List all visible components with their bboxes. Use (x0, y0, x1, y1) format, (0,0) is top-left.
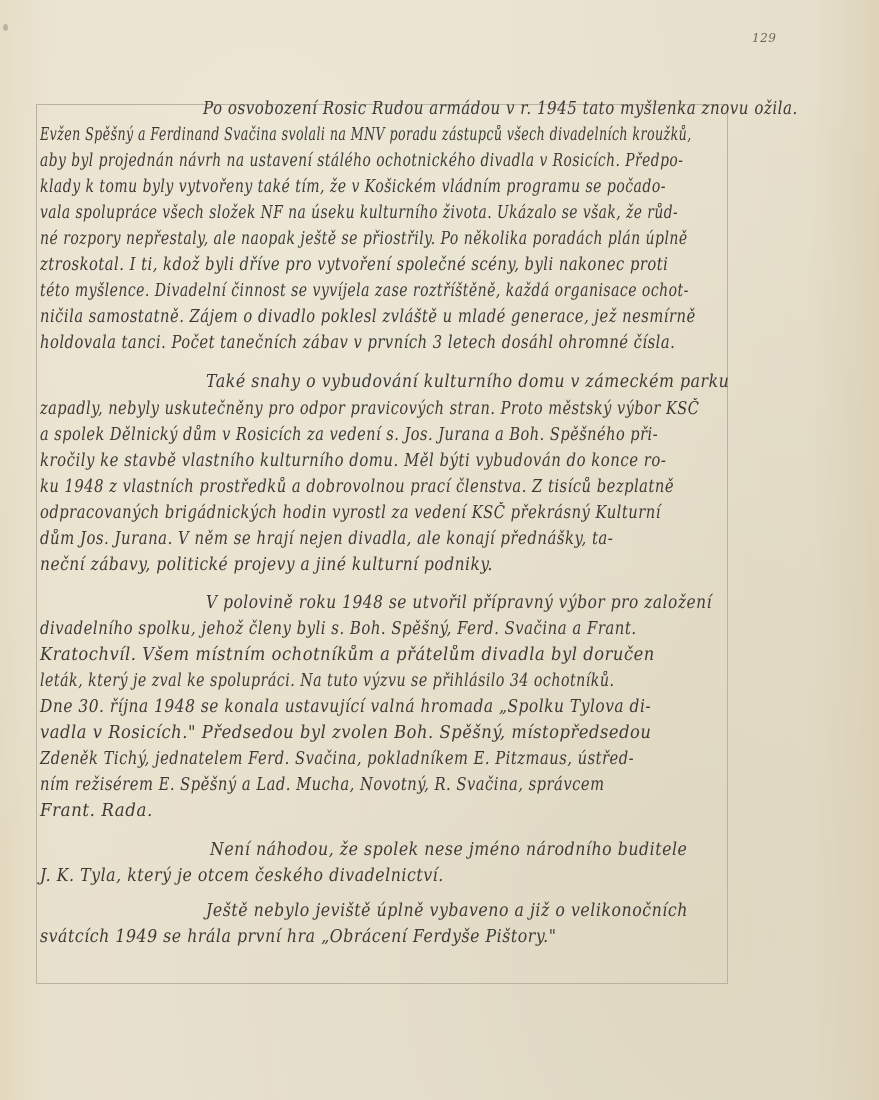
text-line: ním režisérem E. Spěšný a Lad. Mucha, No… (40, 774, 605, 796)
text-line: Frant. Rada. (40, 800, 153, 822)
text-line: Kratochvíl. Všem místním ochotníkům a př… (40, 644, 655, 666)
text-line: klady k tomu byly vytvořeny také tím, že… (40, 176, 666, 198)
text-line: Není náhodou, že spolek nese jméno národ… (210, 839, 687, 861)
text-line: vala spolupráce všech složek NF na úseku… (40, 202, 678, 224)
text-line: holdovala tanci. Počet tanečních zábav v… (40, 332, 675, 354)
text-line: této myšlence. Divadelní činnost se vyví… (40, 280, 689, 302)
text-line: Zdeněk Tichý, jednatelem Ferd. Svačina, … (40, 748, 634, 770)
text-line: Ještě nebylo jeviště úplně vybaveno a ji… (206, 900, 688, 922)
text-line: odpracovaných brigádnických hodin vyrost… (40, 502, 661, 524)
text-line: ku 1948 z vlastních prostředků a dobrovo… (40, 476, 674, 498)
text-line: né rozpory nepřestaly, ale naopak ještě … (40, 228, 688, 250)
text-line: aby byl projednán návrh na ustavení stál… (40, 150, 683, 172)
text-line: kročily ke stavbě vlastního kulturního d… (40, 450, 666, 472)
text-line: ničila samostatně. Zájem o divadlo pokle… (40, 306, 696, 328)
text-line: a spolek Dělnický dům v Rosicích za vede… (40, 424, 658, 446)
text-line: leták, který je zval ke spolupráci. Na t… (40, 670, 614, 692)
text-line: neční zábavy, politické projevy a jiné k… (40, 554, 493, 576)
page-number: 129 (752, 31, 776, 45)
text-line: divadelního spolku, jehož členy byli s. … (40, 618, 637, 640)
paper-speck (3, 24, 8, 31)
text-line: Po osvobození Rosic Rudou armádou v r. 1… (203, 98, 798, 120)
text-line: J. K. Tyla, který je otcem českého divad… (40, 865, 444, 887)
text-line: dům Jos. Jurana. V něm se hrají nejen di… (40, 528, 613, 550)
text-line: V polovině roku 1948 se utvořil přípravn… (206, 592, 712, 614)
text-line: Dne 30. října 1948 se konala ustavující … (40, 696, 651, 718)
scanned-page: 129 Po osvobození Rosic Rudou armádou v … (0, 0, 879, 1100)
text-line: ztroskotal. I ti, kdož byli dříve pro vy… (40, 254, 668, 276)
text-line: zapadly, nebyly uskutečněny pro odpor pr… (40, 398, 699, 420)
text-line: Také snahy o vybudování kulturního domu … (206, 371, 729, 393)
text-line: vadla v Rosicích." Předsedou byl zvolen … (40, 722, 651, 744)
text-line: svátcích 1949 se hrála první hra „Obráce… (40, 926, 557, 948)
text-line: Evžen Spěšný a Ferdinand Svačina svolali… (40, 124, 692, 146)
